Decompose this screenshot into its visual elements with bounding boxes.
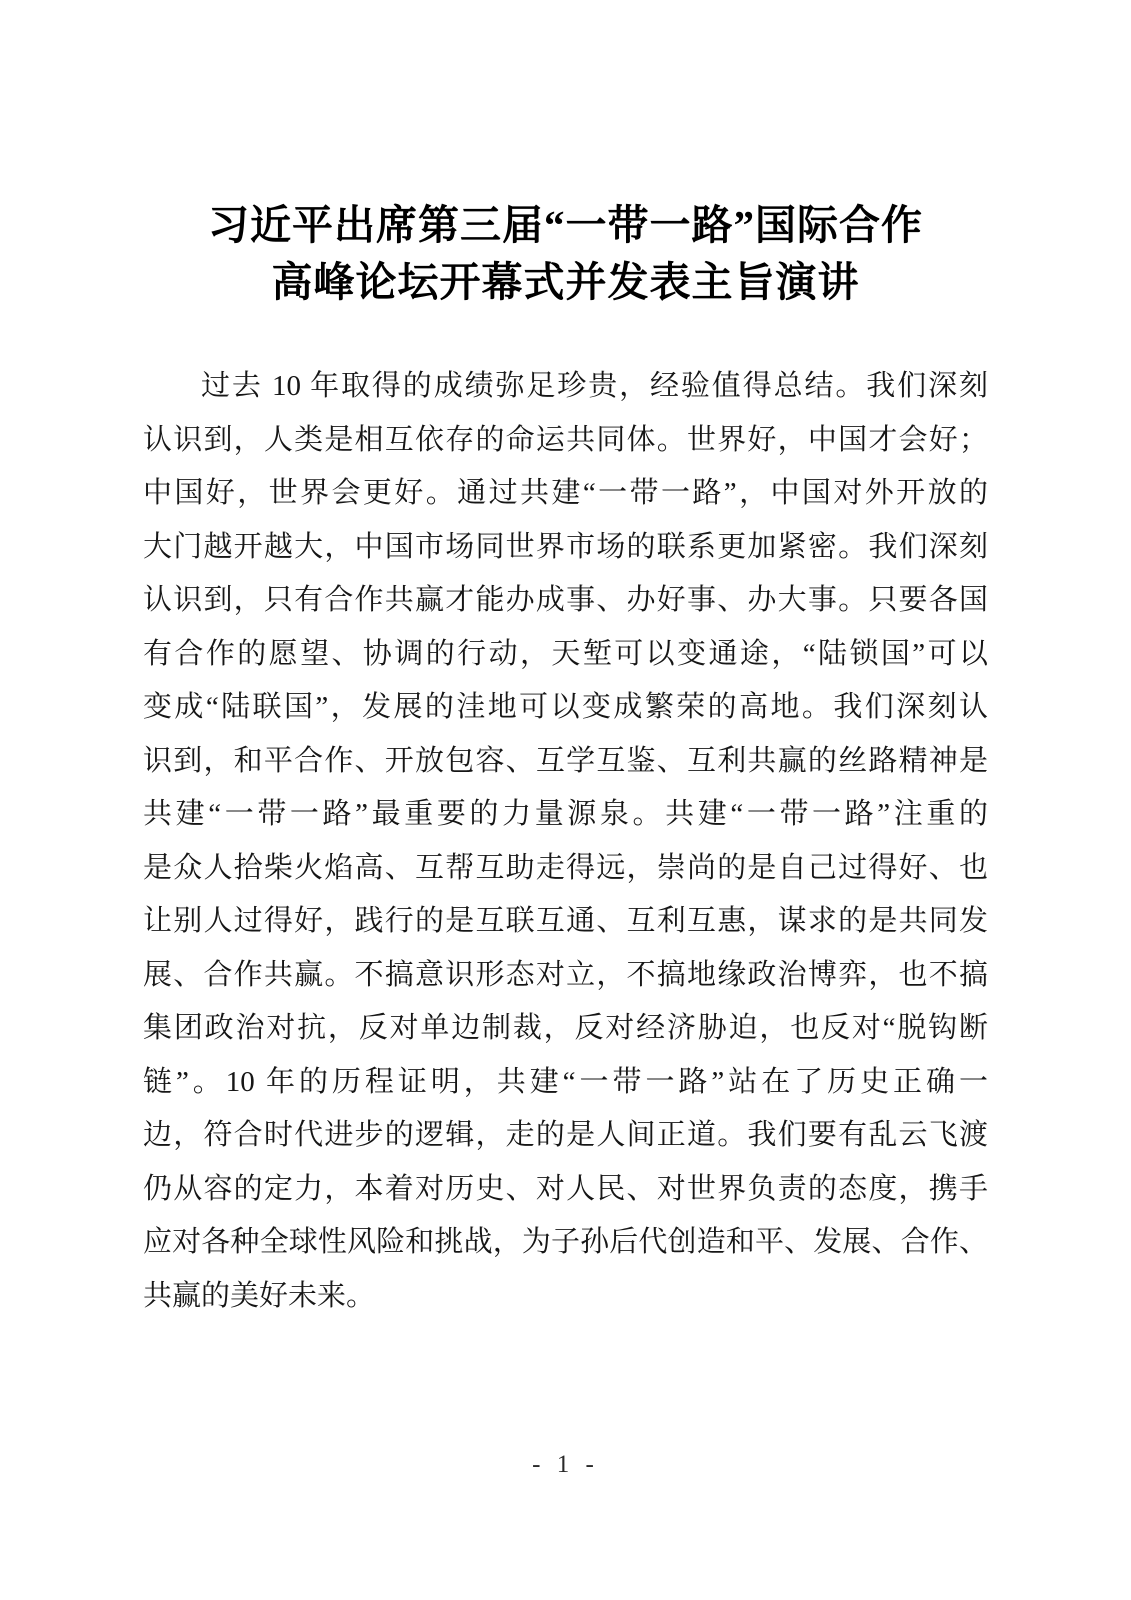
document-title: 习近平出席第三届“一带一路”国际合作 高峰论坛开幕式并发表主旨演讲 bbox=[0, 197, 1131, 311]
paragraph-line: 是众人拾柴火焰高、互帮互助走得远，崇尚的是自己过得好、也 bbox=[143, 842, 988, 896]
paragraph-line: 让别人过得好，践行的是互联互通、互利互惠，谋求的是共同发 bbox=[143, 895, 988, 949]
paragraph-line: 共建“一带一路”最重要的力量源泉。共建“一带一路”注重的 bbox=[143, 788, 988, 842]
paragraph-line: 链”。10 年的历程证明，共建“一带一路”站在了历史正确一 bbox=[143, 1056, 988, 1110]
paragraph-line: 有合作的愿望、协调的行动，天堑可以变通途，“陆锁国”可以 bbox=[143, 628, 988, 682]
paragraph-line: 集团政治对抗，反对单边制裁，反对经济胁迫，也反对“脱钩断 bbox=[143, 1002, 988, 1056]
body-paragraph: 过去 10 年取得的成绩弥足珍贵，经验值得总结。我们深刻 认识到，人类是相互依存… bbox=[143, 360, 988, 1323]
paragraph-line: 认识到，只有合作共赢才能办成事、办好事、办大事。只要各国 bbox=[143, 574, 988, 628]
page-number: - 1 - bbox=[0, 1451, 1131, 1479]
paragraph-line: 识到，和平合作、开放包容、互学互鉴、互利共赢的丝路精神是 bbox=[143, 735, 988, 789]
paragraph-line: 过去 10 年取得的成绩弥足珍贵，经验值得总结。我们深刻 bbox=[143, 360, 988, 414]
title-line: 习近平出席第三届“一带一路”国际合作 bbox=[0, 197, 1131, 254]
paragraph-line: 中国好，世界会更好。通过共建“一带一路”，中国对外开放的 bbox=[143, 467, 988, 521]
paragraph-line: 大门越开越大，中国市场同世界市场的联系更加紧密。我们深刻 bbox=[143, 521, 988, 575]
paragraph-line: 展、合作共赢。不搞意识形态对立，不搞地缘政治博弈，也不搞 bbox=[143, 949, 988, 1003]
paragraph-line: 共赢的美好未来。 bbox=[143, 1270, 988, 1324]
paragraph-line: 边，符合时代进步的逻辑，走的是人间正道。我们要有乱云飞渡 bbox=[143, 1109, 988, 1163]
paragraph-line: 仍从容的定力，本着对历史、对人民、对世界负责的态度，携手 bbox=[143, 1163, 988, 1217]
document-page: 习近平出席第三届“一带一路”国际合作 高峰论坛开幕式并发表主旨演讲 过去 10 … bbox=[0, 0, 1131, 1600]
title-line: 高峰论坛开幕式并发表主旨演讲 bbox=[0, 254, 1131, 311]
paragraph-line: 变成“陆联国”，发展的洼地可以变成繁荣的高地。我们深刻认 bbox=[143, 681, 988, 735]
paragraph-line: 应对各种全球性风险和挑战，为子孙后代创造和平、发展、合作、 bbox=[143, 1216, 988, 1270]
paragraph-line: 认识到，人类是相互依存的命运共同体。世界好，中国才会好； bbox=[143, 414, 988, 468]
